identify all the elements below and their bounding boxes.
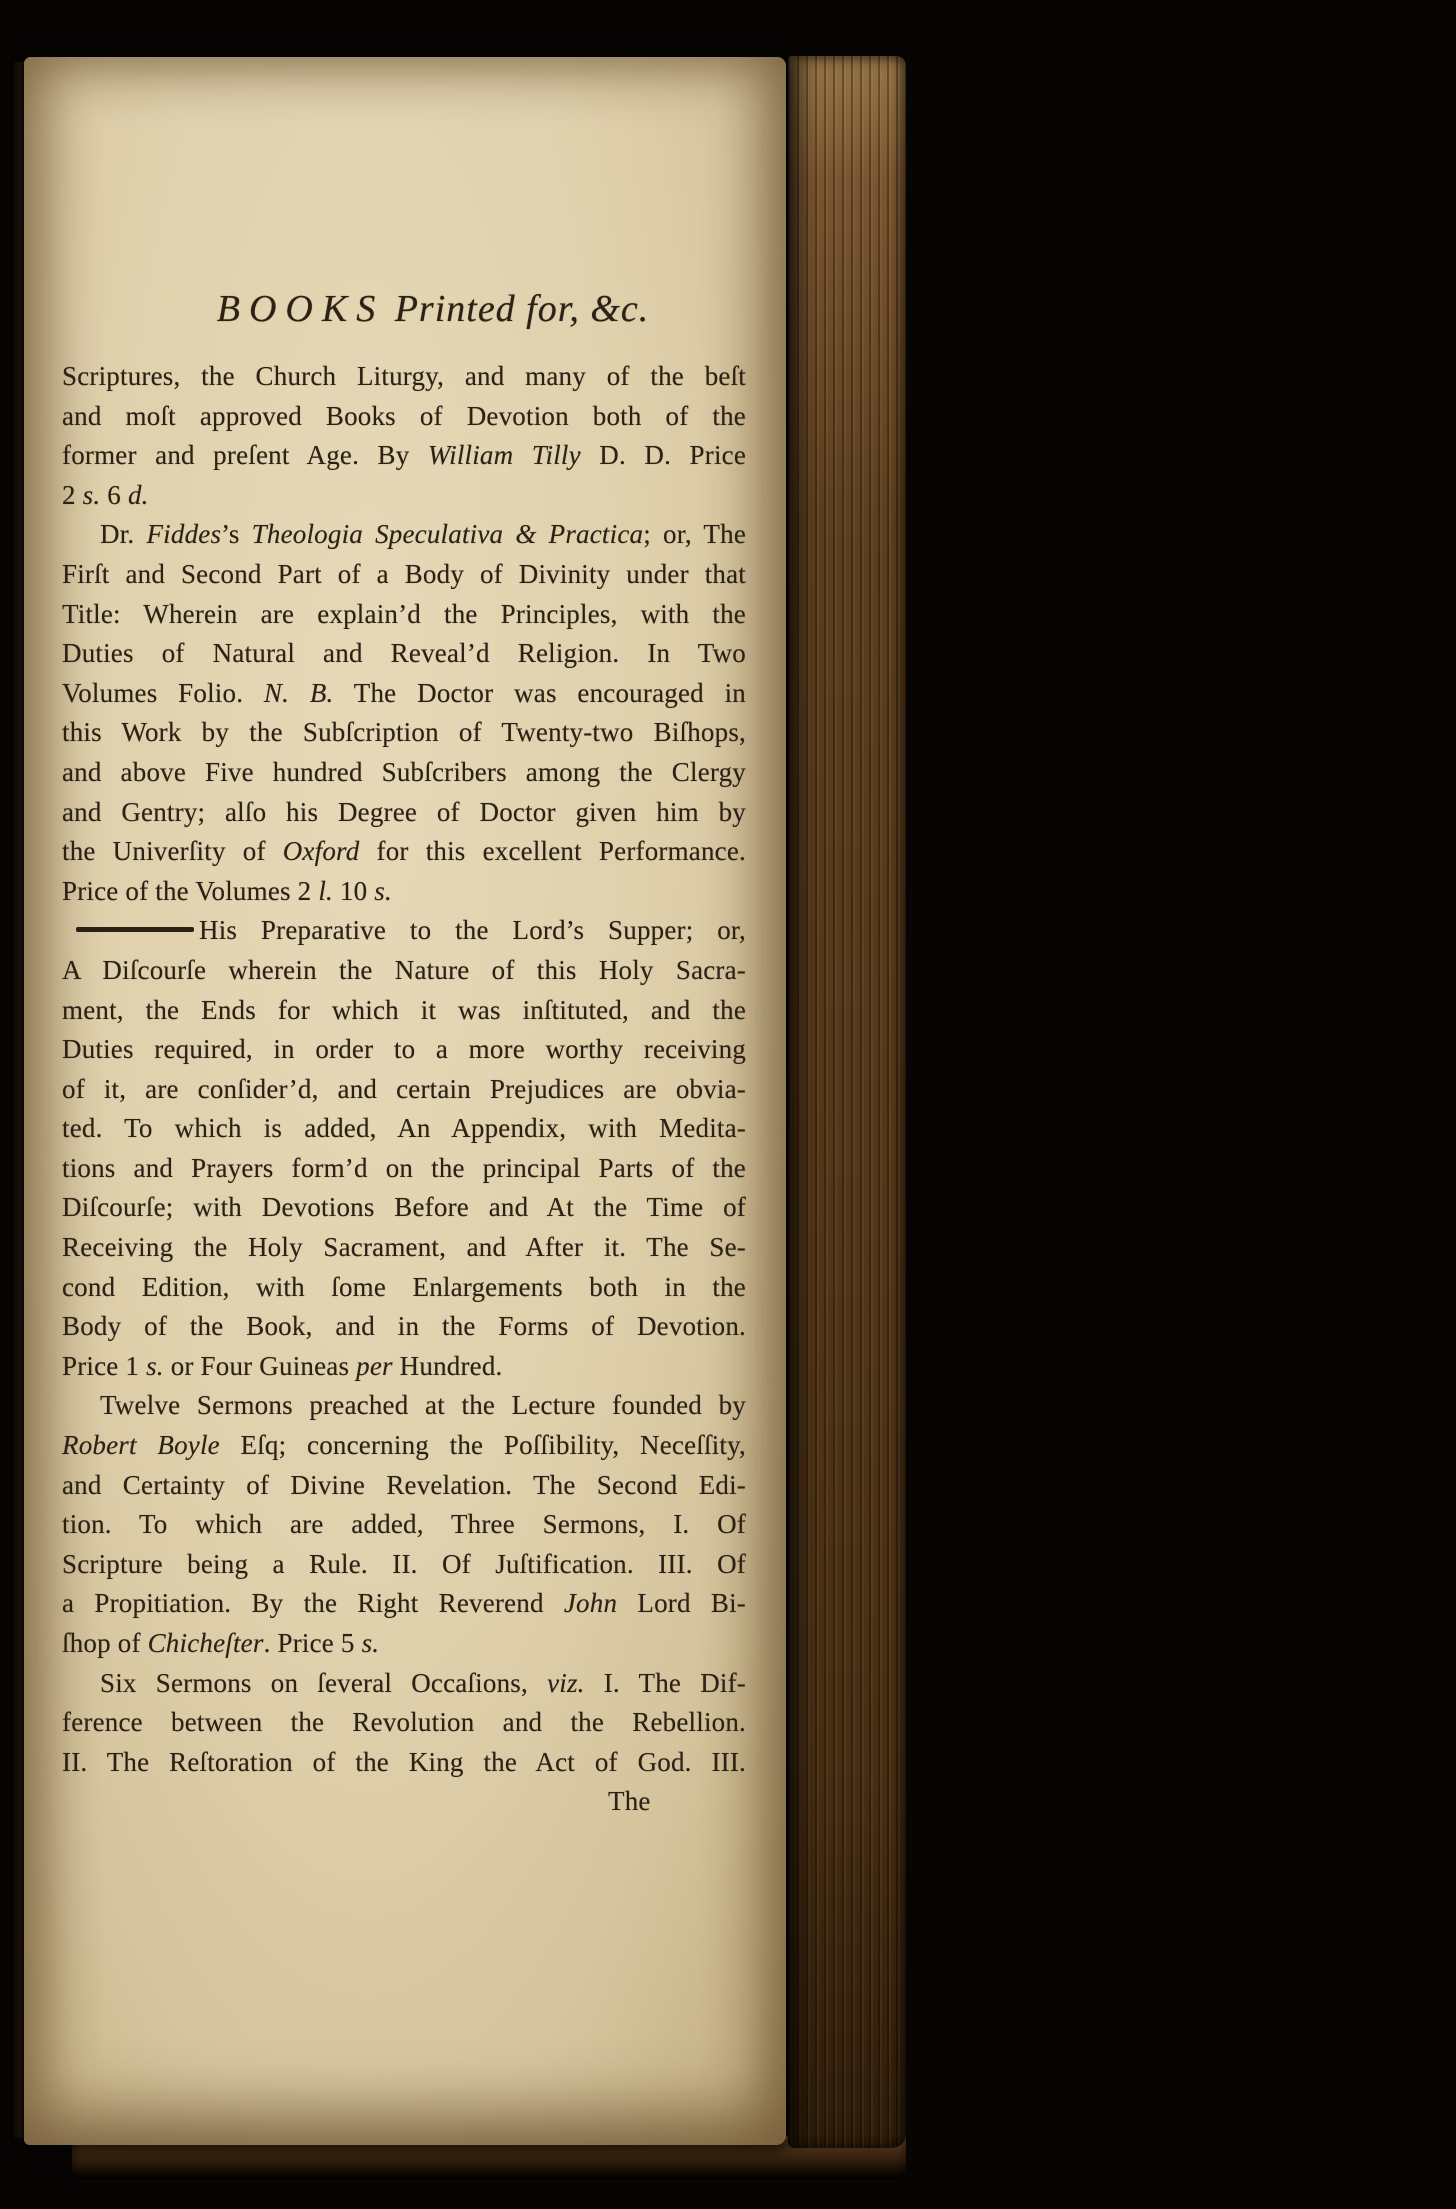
text-run: Title: Wherein are explain’d the Princip… — [62, 599, 746, 629]
text-run: Lord Bi- — [617, 1588, 746, 1618]
text-line: His Preparative to the Lord’s Supper; or… — [62, 911, 746, 951]
page-heading: BOOKS Printed for, &c. — [62, 287, 746, 331]
italic-text-run: s. — [374, 876, 392, 906]
scan-background: BOOKS Printed for, &c. Scriptures, the C… — [0, 0, 1456, 2209]
text-line: of it, are conſider’d, and certain Preju… — [62, 1070, 746, 1110]
text-line: tions and Prayers form’d on the principa… — [62, 1149, 746, 1189]
text-line: Volumes Folio. N. B. The Doctor was enco… — [62, 674, 746, 714]
text-line: and above Five hundred Subſcribers among… — [62, 753, 746, 793]
text-run: Body of the Book, and in the Forms of De… — [62, 1311, 746, 1341]
italic-text-run: Printed for, &c. — [384, 288, 649, 330]
text-line: Duties required, in order to a more wort… — [62, 1030, 746, 1070]
text-run: a Propitiation. By the Right Reverend — [62, 1588, 564, 1618]
italic-text-run: N. B. — [264, 678, 334, 708]
text-line: A Diſcourſe wherein the Nature of this H… — [62, 951, 746, 991]
text-run: Price of the Volumes 2 — [62, 876, 318, 906]
text-line: II. The Reſtoration of the King the Act … — [62, 1743, 746, 1783]
italic-text-run: d. — [128, 480, 149, 510]
text-line: Body of the Book, and in the Forms of De… — [62, 1307, 746, 1347]
text-line: this Work by the Subſcription of Twenty-… — [62, 713, 746, 753]
italic-text-run: Oxford — [283, 836, 360, 866]
text-run: ment, the Ends for which it was inſtitut… — [62, 995, 746, 1025]
text-run: Price 1 — [62, 1351, 146, 1381]
text-run: of it, are conſider’d, and certain Preju… — [62, 1074, 746, 1104]
italic-text-run: Theologia Speculativa & Practica — [252, 519, 644, 549]
italic-text-run: l. — [318, 876, 333, 906]
text-run: and Certainty of Divine Revelation. The … — [62, 1470, 746, 1500]
text-line: and Gentry; alſo his Degree of Doctor gi… — [62, 793, 746, 833]
text-run: Six Sermons on ſeveral Occaſions, — [100, 1668, 547, 1698]
text-run: D. D. Price — [581, 440, 746, 470]
text-line: Scripture being a Rule. II. Of Juſtifica… — [62, 1545, 746, 1585]
text-run: Dr. — [100, 519, 146, 549]
text-line: Firſt and Second Part of a Body of Divin… — [62, 555, 746, 595]
text-line: ference between the Revolution and the R… — [62, 1703, 746, 1743]
text-run: tions and Prayers form’d on the principa… — [62, 1153, 746, 1183]
text-run: Hundred. — [393, 1351, 503, 1381]
italic-text-run: viz. — [547, 1668, 585, 1698]
text-line: ſhop of Chicheſter. Price 5 s. — [62, 1624, 746, 1664]
text-run: the Univerſity of — [62, 836, 283, 866]
italic-text-run: BOOKS — [217, 288, 384, 330]
text-line: cond Edition, with ſome Enlargements bot… — [62, 1268, 746, 1308]
text-run: and moſt approved Books of Devotion both… — [62, 401, 746, 431]
text-run: and above Five hundred Subſcribers among… — [62, 757, 746, 787]
text-run: 10 — [333, 876, 374, 906]
italic-text-run: s. — [362, 1628, 380, 1658]
text-run: Receiving the Holy Sacrament, and After … — [62, 1232, 746, 1262]
text-run: I. The Dif- — [585, 1668, 746, 1698]
text-line: and Certainty of Divine Revelation. The … — [62, 1466, 746, 1506]
text-run: II. The Reſtoration of the King the Act … — [62, 1747, 746, 1777]
text-line: Receiving the Holy Sacrament, and After … — [62, 1228, 746, 1268]
text-line: Dr. Fiddes’s Theologia Speculativa & Pra… — [62, 515, 746, 555]
text-line: Duties of Natural and Reveal’d Religion.… — [62, 634, 746, 674]
text-run: for this excellent Performance. — [359, 836, 746, 866]
catchword: The — [62, 1782, 746, 1822]
text-run: ference between the Revolution and the R… — [62, 1707, 746, 1737]
text-run: Scriptures, the Church Liturgy, and many… — [62, 361, 746, 391]
text-run: Scripture being a Rule. II. Of Juſtifica… — [62, 1549, 746, 1579]
text-line: former and preſent Age. By William Tilly… — [62, 436, 746, 476]
text-line: Price of the Volumes 2 l. 10 s. — [62, 872, 746, 912]
text-line: Twelve Sermons preached at the Lecture f… — [62, 1386, 746, 1426]
text-run: Firſt and Second Part of a Body of Divin… — [62, 559, 746, 589]
text-run: His Preparative to the Lord’s Supper; or… — [199, 915, 746, 945]
text-run: and Gentry; alſo his Degree of Doctor gi… — [62, 797, 746, 827]
text-line: Price 1 s. or Four Guineas per Hundred. — [62, 1347, 746, 1387]
text-run: ted. To which is added, An Appendix, wit… — [62, 1113, 746, 1143]
text-run: or Four Guineas — [164, 1351, 356, 1381]
italic-text-run: Chicheſter — [148, 1628, 264, 1658]
text-run: Volumes Folio. — [62, 678, 264, 708]
text-line: and moſt approved Books of Devotion both… — [62, 397, 746, 437]
text-run: . Price 5 — [264, 1628, 362, 1658]
text-run: 2 — [62, 480, 83, 510]
text-run: Eſq; concerning the Poſſibility, Neceſſi… — [220, 1430, 746, 1460]
text-line: tion. To which are added, Three Sermons,… — [62, 1505, 746, 1545]
text-line: a Propitiation. By the Right Reverend Jo… — [62, 1584, 746, 1624]
text-run: ; or, The — [643, 519, 746, 549]
dash-rule — [76, 927, 194, 932]
italic-text-run: s. — [83, 480, 101, 510]
text-line: ted. To which is added, An Appendix, wit… — [62, 1109, 746, 1149]
italic-text-run: s. — [146, 1351, 164, 1381]
text-line: Diſcourſe; with Devotions Before and At … — [62, 1188, 746, 1228]
italic-text-run: John — [564, 1588, 617, 1618]
text-run: former and preſent Age. By — [62, 440, 428, 470]
text-line: Title: Wherein are explain’d the Princip… — [62, 595, 746, 635]
italic-text-run: William Tilly — [428, 440, 581, 470]
text-run: Twelve Sermons preached at the Lecture f… — [100, 1390, 746, 1420]
body-text: Scriptures, the Church Liturgy, and many… — [62, 357, 746, 1822]
text-line: the Univerſity of Oxford for this excell… — [62, 832, 746, 872]
text-line: 2 s. 6 d. — [62, 476, 746, 516]
text-line: Six Sermons on ſeveral Occaſions, viz. I… — [62, 1664, 746, 1704]
text-line: Scriptures, the Church Liturgy, and many… — [62, 357, 746, 397]
text-run: ſhop of — [62, 1628, 148, 1658]
text-run: cond Edition, with ſome Enlargements bot… — [62, 1272, 746, 1302]
text-run: this Work by the Subſcription of Twenty-… — [62, 717, 746, 747]
text-line: Robert Boyle Eſq; concerning the Poſſibi… — [62, 1426, 746, 1466]
text-line: ment, the Ends for which it was inſtitut… — [62, 991, 746, 1031]
book-fore-edge — [788, 56, 906, 2148]
text-run: ’s — [221, 519, 252, 549]
italic-text-run: per — [356, 1351, 393, 1381]
text-run: The Doctor was encouraged in — [334, 678, 747, 708]
text-run: Duties of Natural and Reveal’d Religion.… — [62, 638, 746, 668]
italic-text-run: Robert Boyle — [62, 1430, 220, 1460]
text-run: Diſcourſe; with Devotions Before and At … — [62, 1192, 746, 1222]
text-run: 6 — [100, 480, 128, 510]
text-run: tion. To which are added, Three Sermons,… — [62, 1509, 746, 1539]
book-page: BOOKS Printed for, &c. Scriptures, the C… — [24, 57, 786, 2145]
text-run: A Diſcourſe wherein the Nature of this H… — [62, 955, 746, 985]
italic-text-run: Fiddes — [146, 519, 221, 549]
text-run: Duties required, in order to a more wort… — [62, 1034, 746, 1064]
